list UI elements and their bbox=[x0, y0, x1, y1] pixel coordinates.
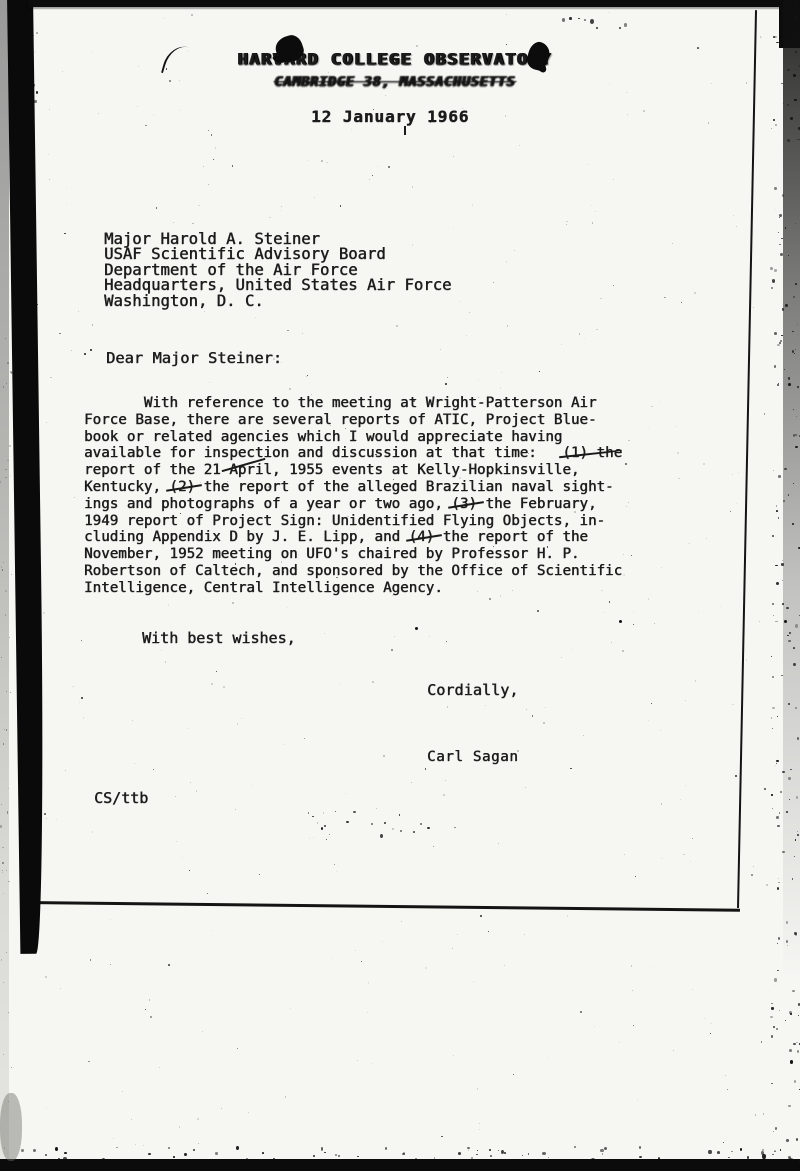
noise-dot bbox=[769, 990, 770, 991]
noise-dot bbox=[772, 279, 775, 283]
noise-dot bbox=[287, 607, 288, 608]
noise-dot bbox=[772, 1154, 774, 1155]
noise-dot bbox=[336, 871, 337, 872]
noise-dot bbox=[778, 232, 779, 233]
noise-dot bbox=[600, 1149, 603, 1152]
noise-dot bbox=[59, 333, 60, 335]
noise-dot bbox=[479, 1129, 480, 1130]
noise-dot bbox=[776, 505, 778, 507]
noise-dot bbox=[50, 377, 51, 378]
noise-dot bbox=[66, 203, 67, 204]
noise-dot bbox=[619, 27, 621, 29]
letterhead-location: CAMBRIDGE 38, MASSACHUSETTS bbox=[145, 74, 645, 90]
noise-dot bbox=[604, 612, 605, 613]
noise-dot bbox=[532, 715, 533, 717]
noise-dot bbox=[698, 611, 699, 612]
noise-dot bbox=[639, 1146, 641, 1148]
stray-dot bbox=[90, 349, 92, 351]
noise-dot bbox=[524, 934, 526, 935]
noise-dot bbox=[43, 612, 44, 614]
noise-dot bbox=[447, 377, 448, 378]
noise-dot bbox=[307, 375, 308, 376]
noise-dot bbox=[207, 893, 208, 894]
noise-dot bbox=[776, 763, 777, 764]
noise-dot bbox=[514, 250, 515, 251]
noise-dot bbox=[735, 775, 737, 776]
noise-dot bbox=[561, 344, 562, 345]
noise-dot bbox=[400, 830, 402, 832]
body-text: cluding Appendix D by J. E. Lipp, and bbox=[84, 529, 409, 545]
noise-dot bbox=[790, 1013, 792, 1015]
noise-dot bbox=[221, 1108, 223, 1109]
noise-dot bbox=[83, 717, 84, 719]
noise-dot bbox=[355, 950, 356, 951]
noise-dot bbox=[312, 816, 314, 818]
noise-dot bbox=[110, 919, 111, 920]
noise-dot bbox=[774, 269, 777, 272]
noise-dot bbox=[673, 1050, 674, 1051]
noise-dot bbox=[81, 697, 82, 698]
noise-dot bbox=[770, 1016, 773, 1018]
noise-dot bbox=[631, 965, 632, 967]
noise-dot bbox=[584, 19, 587, 21]
noise-dot bbox=[145, 125, 147, 127]
noise-dot bbox=[74, 497, 75, 498]
noise-dot bbox=[371, 823, 373, 825]
noise-dot bbox=[773, 1131, 774, 1132]
body-text: Kentucky, bbox=[84, 479, 169, 495]
noise-dot bbox=[165, 661, 166, 663]
noise-dot bbox=[778, 882, 780, 883]
noise-dot bbox=[773, 119, 775, 121]
noise-dot bbox=[306, 376, 307, 377]
noise-dot bbox=[639, 1156, 642, 1158]
noise-dot bbox=[777, 716, 778, 717]
noise-dot bbox=[613, 285, 614, 286]
noise-dot bbox=[692, 989, 693, 990]
noise-dot bbox=[204, 311, 205, 312]
noise-dot bbox=[788, 1105, 791, 1108]
noise-dot bbox=[369, 179, 371, 181]
noise-dot bbox=[660, 730, 661, 731]
noise-dot bbox=[314, 197, 315, 199]
noise-dot bbox=[357, 1060, 358, 1061]
noise-dot bbox=[771, 128, 772, 129]
noise-dot bbox=[34, 52, 36, 54]
noise-dot bbox=[771, 1083, 773, 1084]
noise-dot bbox=[626, 506, 627, 507]
page-edge-bottom bbox=[24, 901, 740, 912]
noise-dot bbox=[134, 763, 135, 764]
noise-dot bbox=[775, 209, 776, 210]
noise-dot bbox=[79, 702, 80, 703]
noise-dot bbox=[425, 967, 426, 969]
noise-dot bbox=[44, 813, 46, 815]
noise-dot bbox=[794, 1080, 797, 1083]
noise-dot bbox=[774, 365, 776, 367]
closing-wishes: With best wishes, bbox=[142, 629, 296, 647]
struck-number: (3) bbox=[451, 496, 477, 513]
noise-dot bbox=[526, 709, 527, 710]
noise-dot bbox=[33, 1149, 36, 1152]
noise-dot bbox=[173, 222, 174, 223]
noise-dot bbox=[11, 1067, 12, 1068]
noise-dot bbox=[469, 312, 470, 313]
noise-dot bbox=[596, 27, 599, 29]
noise-dot bbox=[760, 36, 761, 37]
noise-dot bbox=[506, 261, 507, 263]
noise-dot bbox=[736, 503, 737, 504]
noise-dot bbox=[683, 854, 685, 856]
noise-dot bbox=[522, 1155, 524, 1157]
noise-dot bbox=[357, 1156, 359, 1157]
noise-dot bbox=[779, 214, 782, 217]
body-text: report of the 21 April, 1955 events at K… bbox=[84, 462, 579, 478]
noise-dot bbox=[81, 640, 82, 641]
noise-dot bbox=[113, 1138, 114, 1139]
noise-dot bbox=[778, 383, 780, 384]
noise-dot bbox=[775, 124, 777, 126]
noise-dot bbox=[628, 502, 629, 503]
noise-dot bbox=[755, 1114, 756, 1115]
noise-dot bbox=[706, 538, 707, 539]
noise-dot bbox=[334, 864, 335, 866]
noise-dot bbox=[771, 656, 772, 657]
noise-dot bbox=[412, 186, 414, 188]
noise-dot bbox=[562, 18, 565, 22]
noise-dot bbox=[237, 723, 238, 725]
noise-dot bbox=[255, 317, 256, 318]
noise-dot bbox=[717, 1151, 721, 1154]
noise-dot bbox=[215, 147, 217, 149]
noise-dot bbox=[740, 1148, 742, 1151]
noise-dot bbox=[789, 1049, 791, 1052]
body-text: the report of the alleged Brazilian nava… bbox=[195, 479, 614, 495]
noise-dot bbox=[467, 1147, 469, 1149]
noise-dot bbox=[36, 91, 38, 94]
noise-dot bbox=[446, 641, 447, 642]
noise-dot bbox=[454, 827, 455, 828]
noise-dot bbox=[723, 1142, 724, 1143]
noise-dot bbox=[351, 129, 352, 130]
noise-dot bbox=[313, 1155, 315, 1157]
noise-dot bbox=[572, 649, 573, 650]
noise-dot bbox=[728, 1157, 730, 1158]
noise-dot bbox=[761, 1041, 763, 1043]
noise-dot bbox=[772, 676, 774, 678]
noise-dot bbox=[780, 1149, 782, 1151]
noise-dot bbox=[335, 811, 337, 812]
noise-dot bbox=[733, 215, 734, 216]
noise-dot bbox=[493, 282, 494, 283]
noise-dot bbox=[64, 233, 66, 235]
noise-dot bbox=[602, 1153, 604, 1155]
noise-dot bbox=[340, 684, 341, 685]
noise-dot bbox=[317, 822, 318, 824]
noise-dot bbox=[198, 1143, 199, 1144]
salutation: Dear Major Steiner: bbox=[106, 349, 282, 367]
noise-dot bbox=[600, 298, 601, 300]
noise-dot bbox=[633, 1025, 634, 1026]
noise-dot bbox=[411, 782, 412, 783]
stray-dot bbox=[415, 627, 418, 630]
noise-dot bbox=[710, 1023, 711, 1024]
noise-dot bbox=[478, 380, 479, 381]
noise-dot bbox=[131, 1119, 133, 1120]
noise-dot bbox=[500, 387, 502, 389]
noise-dot bbox=[675, 426, 676, 427]
noise-dot bbox=[153, 769, 154, 770]
noise-dot bbox=[241, 718, 242, 719]
noise-dot bbox=[208, 184, 210, 185]
noise-dot bbox=[690, 861, 691, 862]
noise-dot bbox=[633, 624, 634, 625]
noise-dot bbox=[335, 1154, 337, 1156]
noise-dot bbox=[661, 803, 662, 805]
scan-right-edge-shadow bbox=[783, 0, 800, 980]
noise-dot bbox=[604, 1147, 607, 1150]
stray-tick-mark bbox=[404, 126, 406, 135]
noise-dot bbox=[9, 445, 11, 447]
noise-dot bbox=[732, 704, 734, 706]
noise-dot bbox=[236, 1146, 240, 1150]
noise-dot bbox=[485, 705, 486, 706]
noise-dot bbox=[513, 1074, 514, 1075]
noise-dot bbox=[611, 642, 612, 643]
noise-dot bbox=[772, 728, 773, 729]
noise-dot bbox=[731, 1151, 733, 1153]
noise-dot bbox=[429, 636, 430, 637]
noise-dot bbox=[66, 188, 67, 189]
scan-blotch bbox=[0, 1093, 22, 1161]
body-line: ings and photographs of a year or two ag… bbox=[84, 496, 622, 513]
noise-dot bbox=[235, 809, 236, 810]
noise-dot bbox=[677, 452, 678, 454]
noise-dot bbox=[413, 831, 415, 833]
noise-dot bbox=[680, 799, 681, 800]
noise-dot bbox=[661, 567, 662, 568]
noise-dot bbox=[21, 1149, 24, 1152]
noise-dot bbox=[681, 302, 682, 303]
noise-dot bbox=[45, 1154, 47, 1157]
noise-dot bbox=[237, 1048, 238, 1049]
noise-dot bbox=[777, 384, 779, 386]
noise-dot bbox=[209, 382, 210, 383]
noise-dot bbox=[92, 831, 94, 833]
noise-dot bbox=[308, 812, 310, 814]
noise-dot bbox=[49, 109, 50, 110]
noise-dot bbox=[498, 1150, 499, 1151]
noise-dot bbox=[248, 1112, 249, 1113]
recipient-line: Washington, D. C. bbox=[104, 294, 451, 309]
noise-dot bbox=[779, 342, 781, 344]
noise-dot bbox=[326, 839, 327, 840]
scan-left-gray-strip bbox=[0, 0, 9, 1171]
noise-dot bbox=[46, 818, 47, 819]
body-line: cluding Appendix D by J. E. Lipp, and (4… bbox=[84, 529, 622, 546]
noise-dot bbox=[753, 307, 754, 308]
scan-left-black-bar bbox=[7, 0, 46, 954]
noise-dot bbox=[321, 1149, 323, 1151]
noise-dot bbox=[609, 601, 611, 603]
noise-dot bbox=[569, 17, 572, 20]
noise-dot bbox=[479, 1123, 480, 1124]
noise-dot bbox=[302, 333, 303, 334]
noise-dot bbox=[269, 217, 271, 218]
noise-dot bbox=[659, 401, 660, 402]
noise-dot bbox=[772, 707, 775, 709]
noise-dot bbox=[648, 427, 649, 428]
noise-dot bbox=[476, 1154, 478, 1155]
noise-dot bbox=[388, 166, 390, 168]
noise-dot bbox=[382, 941, 383, 942]
noise-dot bbox=[394, 636, 395, 637]
noise-dot bbox=[377, 166, 378, 167]
noise-dot bbox=[223, 686, 225, 688]
body-line: With reference to the meeting at Wright-… bbox=[84, 395, 622, 412]
noise-dot bbox=[262, 1152, 265, 1155]
body-line: report of the 21 April, 1955 events at K… bbox=[84, 462, 622, 479]
noise-dot bbox=[372, 1063, 374, 1065]
noise-dot bbox=[490, 1155, 492, 1157]
noise-dot bbox=[622, 650, 623, 652]
noise-dot bbox=[501, 1150, 504, 1155]
noise-dot bbox=[759, 621, 760, 622]
noise-dot bbox=[368, 982, 369, 984]
noise-dot bbox=[149, 999, 150, 1000]
noise-dot bbox=[708, 122, 710, 124]
noise-dot bbox=[188, 728, 189, 729]
noise-dot bbox=[198, 205, 199, 207]
noise-dot bbox=[777, 887, 779, 890]
body-text: the report of the bbox=[434, 529, 588, 545]
noise-dot bbox=[191, 14, 193, 16]
noise-dot bbox=[590, 19, 594, 24]
noise-dot bbox=[545, 707, 546, 708]
noise-dot bbox=[203, 166, 205, 167]
noise-dot bbox=[692, 838, 693, 839]
noise-dot bbox=[648, 598, 649, 600]
scan-top-border bbox=[28, 0, 800, 7]
noise-dot bbox=[345, 793, 346, 794]
noise-dot bbox=[592, 222, 593, 224]
noise-dot bbox=[501, 372, 503, 374]
noise-dot bbox=[321, 1147, 323, 1149]
letter-body: With reference to the meeting at Wright-… bbox=[84, 395, 622, 597]
struck-number: (1) bbox=[562, 445, 588, 462]
noise-dot bbox=[661, 858, 663, 859]
body-text: Robertson of Caltech, and sponsored by t… bbox=[84, 563, 622, 579]
noise-dot bbox=[774, 1150, 776, 1152]
noise-dot bbox=[168, 604, 169, 606]
noise-dot bbox=[772, 535, 773, 537]
noise-dot bbox=[771, 794, 773, 795]
noise-dot bbox=[537, 610, 539, 612]
noise-dot bbox=[259, 874, 260, 876]
noise-dot bbox=[778, 475, 781, 477]
noise-dot bbox=[761, 1151, 764, 1155]
noise-dot bbox=[340, 205, 341, 206]
noise-dot bbox=[626, 92, 627, 93]
noise-dot bbox=[472, 204, 473, 206]
noise-dot bbox=[211, 683, 213, 685]
noise-dot bbox=[372, 175, 373, 176]
noise-dot bbox=[710, 1033, 711, 1034]
noise-dot bbox=[727, 1089, 728, 1090]
noise-dot bbox=[190, 782, 191, 783]
noise-dot bbox=[771, 1035, 773, 1037]
noise-dot bbox=[161, 650, 162, 651]
noise-dot bbox=[648, 720, 649, 721]
noise-dot bbox=[110, 964, 111, 966]
noise-dot bbox=[763, 1113, 765, 1115]
noise-dot bbox=[738, 472, 739, 473]
noise-dot bbox=[353, 811, 356, 813]
noise-dot bbox=[55, 1147, 58, 1151]
body-line: Force Base, there are several reports of… bbox=[84, 412, 622, 429]
noise-dot bbox=[150, 1016, 152, 1018]
noise-dot bbox=[433, 846, 434, 847]
noise-dot bbox=[232, 165, 233, 167]
noise-dot bbox=[779, 244, 781, 245]
noise-dot bbox=[180, 110, 181, 112]
noise-dot bbox=[772, 808, 773, 809]
noise-dot bbox=[785, 1020, 787, 1021]
noise-dot bbox=[547, 1057, 549, 1058]
noise-dot bbox=[202, 1031, 203, 1032]
noise-dot bbox=[779, 812, 780, 813]
body-text: 1949 report of Project Sign: Unidentifie… bbox=[84, 513, 605, 529]
noise-dot bbox=[287, 330, 289, 332]
noise-dot bbox=[477, 1088, 478, 1090]
noise-dot bbox=[367, 1012, 368, 1013]
noise-dot bbox=[793, 1043, 796, 1046]
noise-dot bbox=[779, 1010, 780, 1011]
valediction: Cordially, bbox=[427, 681, 518, 699]
noise-dot bbox=[385, 95, 386, 96]
noise-dot bbox=[71, 350, 72, 351]
noise-dot bbox=[323, 812, 325, 814]
noise-dot bbox=[324, 633, 325, 634]
scan-bottom-border bbox=[0, 1159, 800, 1171]
noise-dot bbox=[774, 978, 777, 981]
noise-dot bbox=[78, 311, 79, 312]
noise-dot bbox=[321, 160, 322, 162]
noise-dot bbox=[453, 1055, 455, 1057]
noise-dot bbox=[425, 768, 427, 770]
noise-dot bbox=[624, 854, 625, 855]
body-text: ings and photographs of a year or two ag… bbox=[84, 496, 451, 512]
noise-dot bbox=[447, 706, 448, 708]
noise-dot bbox=[384, 822, 386, 824]
noise-dot bbox=[175, 796, 176, 797]
noise-dot bbox=[633, 612, 634, 613]
struck-number: (4) bbox=[409, 529, 435, 546]
noise-dot bbox=[403, 1152, 405, 1154]
noise-dot bbox=[578, 18, 580, 20]
noise-dot bbox=[631, 555, 632, 556]
noise-dot bbox=[594, 1026, 595, 1027]
noise-dot bbox=[280, 210, 281, 211]
noise-dot bbox=[290, 1008, 291, 1009]
noise-dot bbox=[399, 814, 400, 816]
noise-dot bbox=[792, 990, 795, 992]
body-line: Kentucky, (2) the report of the alleged … bbox=[84, 479, 622, 496]
noise-dot bbox=[685, 785, 686, 787]
noise-dot bbox=[774, 1151, 776, 1152]
noise-dot bbox=[346, 821, 349, 824]
noise-dot bbox=[285, 1096, 287, 1098]
